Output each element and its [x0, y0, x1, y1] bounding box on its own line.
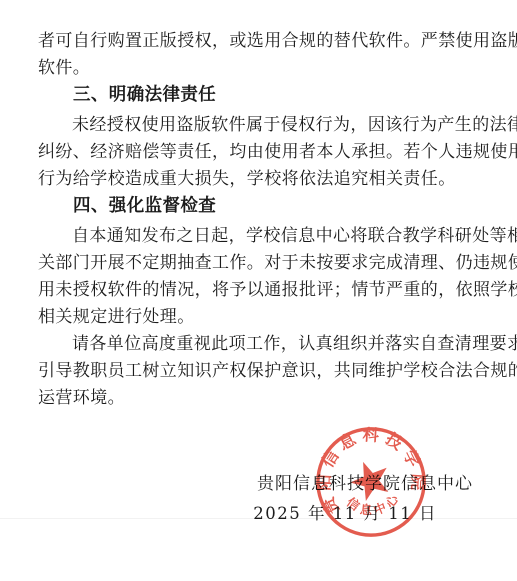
document-line: 运营环境。: [38, 385, 473, 412]
document-line: 用未授权软件的情况，将予以通报批评；情节严重的，依照学校: [38, 277, 473, 304]
document-line: 者可自行购置正版授权，或选用合规的替代软件。严禁使用盗版: [38, 28, 473, 55]
document-line: 请各单位高度重视此项工作，认真组织并落实自查清理要求，: [38, 331, 473, 358]
scan-artifact-line: [0, 518, 517, 519]
section-heading: 三、明确法律责任: [38, 82, 473, 109]
document-line: 行为给学校造成重大损失，学校将依法追究相关责任。: [38, 166, 473, 193]
document-line: 引导教职员工树立知识产权保护意识，共同维护学校合法合规的: [38, 358, 473, 385]
document-body: 者可自行购置正版授权，或选用合规的替代软件。严禁使用盗版软件。三、明确法律责任未…: [38, 28, 473, 412]
signature-org: 贵阳信息科技学院信息中心: [257, 471, 473, 498]
document-line: 相关规定进行处理。: [38, 304, 473, 331]
document-line: 未经授权使用盗版软件属于侵权行为，因该行为产生的法律: [38, 112, 473, 139]
document-line: 自本通知发布之日起，学校信息中心将联合教学科研处等相: [38, 223, 473, 250]
signature-date: 2025 年 11 月 11 日: [253, 500, 437, 527]
document-line: 关部门开展不定期抽查工作。对于未按要求完成清理、仍违规使: [38, 250, 473, 277]
document-line: 纠纷、经济赔偿等责任，均由使用者本人承担。若个人违规使用: [38, 139, 473, 166]
scanned-notice-page: { "page": { "background": "#ffffff", "te…: [0, 0, 517, 581]
section-heading: 四、强化监督检查: [38, 193, 473, 220]
document-line: 软件。: [38, 55, 473, 82]
